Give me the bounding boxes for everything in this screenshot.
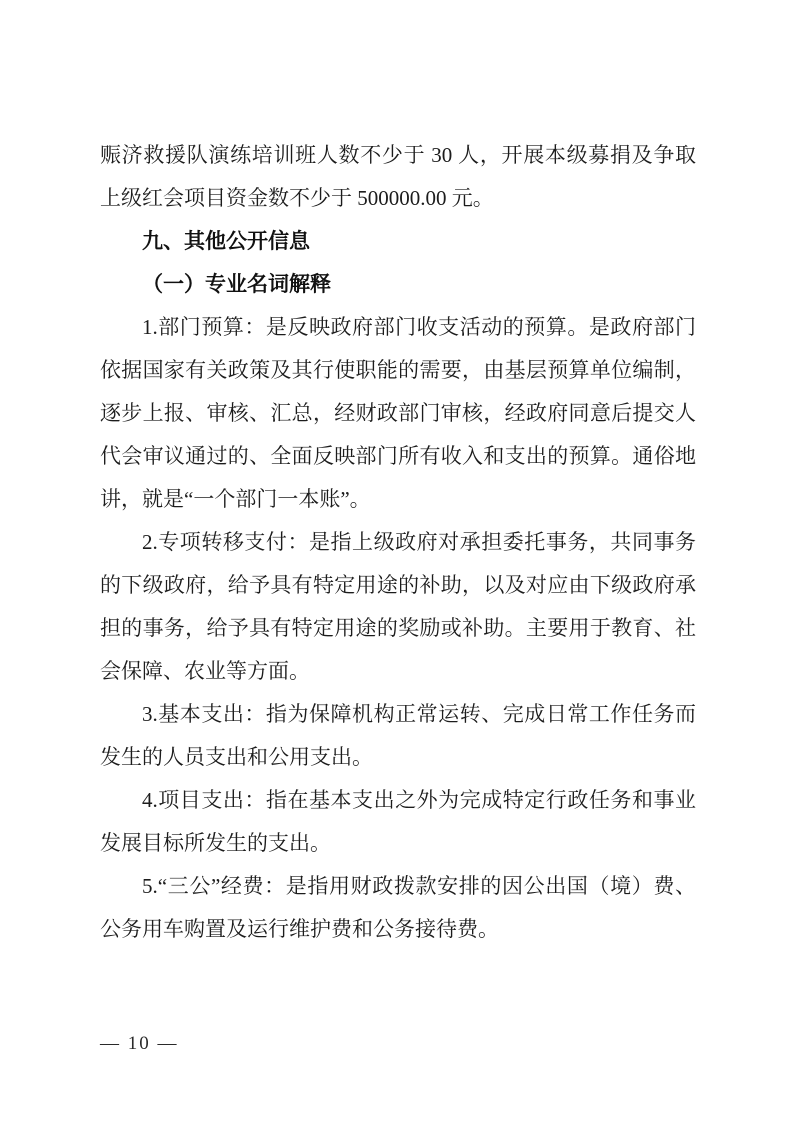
term-definition-project-expenditure: 4.项目支出：指在基本支出之外为完成特定行政任务和事业发展目标所发生的支出。 xyxy=(100,779,696,865)
document-page: 赈济救援队演练培训班人数不少于 30 人，开展本级募捐及争取上级红会项目资金数不… xyxy=(0,0,793,1122)
term-definition-budget: 1.部门预算：是反映政府部门收支活动的预算。是政府部门依据国家有关政策及其行使职… xyxy=(100,306,696,521)
page-body: 赈济救援队演练培训班人数不少于 30 人，开展本级募捐及争取上级红会项目资金数不… xyxy=(100,134,696,951)
page-number: — 10 — xyxy=(100,1033,179,1054)
term-definition-special-transfer-payment: 2.专项转移支付：是指上级政府对承担委托事务，共同事务的下级政府，给予具有特定用… xyxy=(100,521,696,693)
term-definition-three-public-funds: 5.“三公”经费：是指用财政拨款安排的因公出国（境）费、公务用车购置及运行维护费… xyxy=(100,865,696,951)
page-footer: — 10 — xyxy=(100,1030,179,1058)
subsection-heading: （一）专业名词解释 xyxy=(100,263,696,306)
term-definition-basic-expenditure: 3.基本支出：指为保障机构正常运转、完成日常工作任务而发生的人员支出和公用支出。 xyxy=(100,693,696,779)
continuation-paragraph: 赈济救援队演练培训班人数不少于 30 人，开展本级募捐及争取上级红会项目资金数不… xyxy=(100,134,696,220)
section-heading: 九、其他公开信息 xyxy=(100,220,696,263)
